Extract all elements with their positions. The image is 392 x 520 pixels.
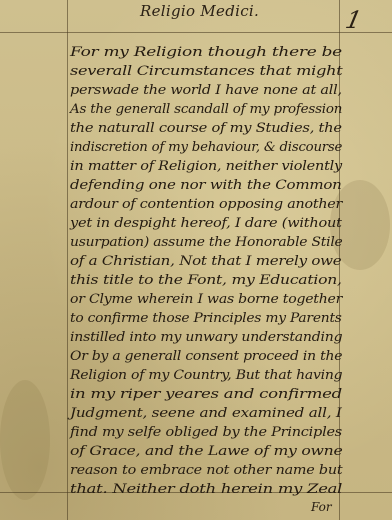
text-line: or Clyme wherein I was borne together [70,291,342,306]
text-line: usurpation) assume the Honorable Stile [70,234,343,249]
text-line: perswade the world I have none at all, [70,82,342,97]
text-line: to confirme those Principles my Parents [70,310,342,325]
catchword: For [311,500,332,514]
text-line: Religion of my Country, But that having [70,367,342,382]
text-line: indiscretion of my behaviour, & discours… [70,139,342,154]
text-line: Judgment, seene and examined all, I [70,405,342,420]
text-line: For my Religion though there be [70,44,342,59]
manuscript-page: Religio Medici. 1 For my Religion though… [0,0,392,520]
paper-stain [0,380,50,500]
text-line: in my riper yeares and confirmed [70,386,342,401]
text-line: of Grace, and the Lawe of my owne [70,443,343,458]
text-line: of a Christian, Not that I merely owe [70,253,341,268]
text-line: yet in despight hereof, I dare (without [70,215,342,230]
text-line: ardour of contention opposing another [70,196,342,211]
text-line: that. Neither doth herein my Zeal [70,481,342,496]
text-line: As the generall scandall of my professio… [70,101,342,116]
text-line: the naturall course of my Studies, the [70,120,342,135]
text-line: severall Circumstances that might [70,63,342,78]
text-line: defending one nor with the Common [70,177,342,192]
text-line: instilled into my unwary understanding [70,329,342,344]
text-line: this title to the Font, my Education, [70,272,342,287]
top-rule [0,32,392,33]
left-margin-rule [67,0,68,520]
text-line: find my selfe obliged by the Principles [70,424,342,439]
text-line: Or by a generall consent proceed in the [70,348,342,363]
folio-number: 1 [343,6,364,34]
running-title: Religio Medici. [140,2,259,20]
text-line: in matter of Religion, neither violently [70,158,342,173]
text-line: reason to embrace not other name but [70,462,342,477]
